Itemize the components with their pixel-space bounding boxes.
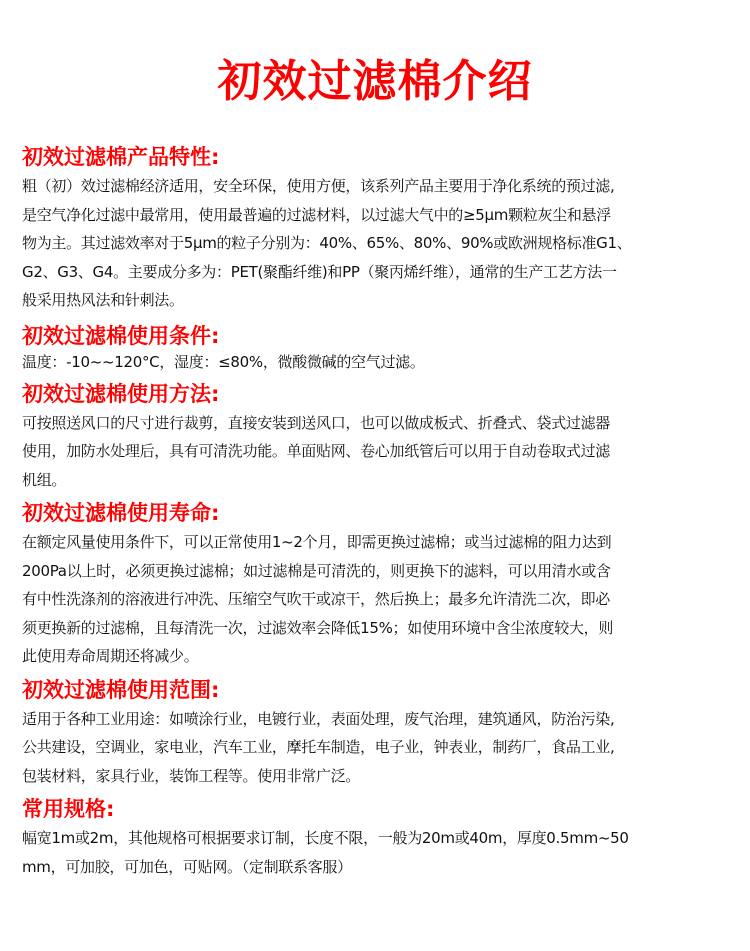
section-usage-conditions: 初效过滤棉使用条件: 温度：-10~~120°C，湿度：≤80%，微酸微碱的空气…: [22, 321, 734, 373]
content-body: 初效过滤棉产品特性: 粗（初）效过滤棉经济适用，安全环保，使用方便，该系列产品主…: [22, 142, 734, 885]
text-line: 温度：-10~~120°C，湿度：≤80%，微酸微碱的空气过滤。: [22, 351, 734, 373]
section-heading: 初效过滤棉使用方法:: [22, 379, 734, 409]
text-line: 可按照送风口的尺寸进行裁剪，直接安装到送风口，也可以做成板式、折叠式、袋式过滤器: [22, 409, 734, 438]
section-paragraph: 幅宽1m或2m，其他规格可根据要求订制，长度不限，一般为20m或40m，厚度0.…: [22, 824, 734, 881]
section-heading: 常用规格:: [22, 794, 734, 824]
section-paragraph: 温度：-10~~120°C，湿度：≤80%，微酸微碱的空气过滤。: [22, 351, 734, 373]
section-heading: 初效过滤棉使用范围:: [22, 675, 734, 705]
text-line: 般采用热风法和针刺法。: [22, 286, 734, 315]
text-line: G2、G3、G4。主要成分多为：PET(聚酯纤维)和PP（聚丙烯纤维），通常的生…: [22, 258, 734, 287]
section-paragraph: 适用于各种工业用途：如喷涂行业，电镀行业，表面处理，废气治理，建筑通风，防治污染…: [22, 705, 734, 791]
section-paragraph: 可按照送风口的尺寸进行裁剪，直接安装到送风口，也可以做成板式、折叠式、袋式过滤器…: [22, 409, 734, 495]
page-title: 初效过滤棉介绍: [0, 52, 750, 112]
text-line: 200Pa以上时，必须更换过滤棉；如过滤棉是可清洗的，则更换下的滤料，可以用清水…: [22, 557, 734, 586]
section-paragraph: 在额定风量使用条件下，可以正常使用1~2个月，即需更换过滤棉；或当过滤棉的阻力达…: [22, 528, 734, 671]
text-line: 机组。: [22, 466, 734, 495]
text-line: 使用，加防水处理后，具有可清洗功能。单面贴网、卷心加纸管后可以用于自动卷取式过滤: [22, 437, 734, 466]
text-line: mm，可加胶，可加色，可贴网。（定制联系客服）: [22, 853, 734, 882]
text-line: 物为主。其过滤效率对于5μm的粒子分别为：40%、65%、80%、90%或欧洲规…: [22, 229, 734, 258]
text-line: 在额定风量使用条件下，可以正常使用1~2个月，即需更换过滤棉；或当过滤棉的阻力达…: [22, 528, 734, 557]
section-service-life: 初效过滤棉使用寿命: 在额定风量使用条件下，可以正常使用1~2个月，即需更换过滤…: [22, 498, 734, 671]
text-line: 此使用寿命周期还将减少。: [22, 642, 734, 671]
section-common-specs: 常用规格: 幅宽1m或2m，其他规格可根据要求订制，长度不限，一般为20m或40…: [22, 794, 734, 881]
text-line: 粗（初）效过滤棉经济适用，安全环保，使用方便，该系列产品主要用于净化系统的预过滤…: [22, 172, 734, 201]
section-application-scope: 初效过滤棉使用范围: 适用于各种工业用途：如喷涂行业，电镀行业，表面处理，废气治…: [22, 675, 734, 791]
section-heading: 初效过滤棉使用条件:: [22, 321, 734, 351]
text-line: 公共建设，空调业，家电业，汽车工业，摩托车制造，电子业，钟表业，制药厂，食品工业…: [22, 733, 734, 762]
section-product-features: 初效过滤棉产品特性: 粗（初）效过滤棉经济适用，安全环保，使用方便，该系列产品主…: [22, 142, 734, 315]
text-line: 包装材料，家具行业，装饰工程等。使用非常广泛。: [22, 762, 734, 791]
section-heading: 初效过滤棉使用寿命:: [22, 498, 734, 528]
section-paragraph: 粗（初）效过滤棉经济适用，安全环保，使用方便，该系列产品主要用于净化系统的预过滤…: [22, 172, 734, 315]
text-line: 有中性洗涤剂的溶液进行冲洗、压缩空气吹干或凉干，然后换上；最多允许清洗二次，即必: [22, 585, 734, 614]
section-heading: 初效过滤棉产品特性:: [22, 142, 734, 172]
section-usage-method: 初效过滤棉使用方法: 可按照送风口的尺寸进行裁剪，直接安装到送风口，也可以做成板…: [22, 379, 734, 495]
text-line: 幅宽1m或2m，其他规格可根据要求订制，长度不限，一般为20m或40m，厚度0.…: [22, 824, 734, 853]
text-line: 是空气净化过滤中最常用，使用最普遍的过滤材料，以过滤大气中的≥5μm颗粒灰尘和悬…: [22, 201, 734, 230]
text-line: 须更换新的过滤棉，且每清洗一次，过滤效率会降低15%；如使用环境中含尘浓度较大，…: [22, 614, 734, 643]
text-line: 适用于各种工业用途：如喷涂行业，电镀行业，表面处理，废气治理，建筑通风，防治污染…: [22, 705, 734, 734]
